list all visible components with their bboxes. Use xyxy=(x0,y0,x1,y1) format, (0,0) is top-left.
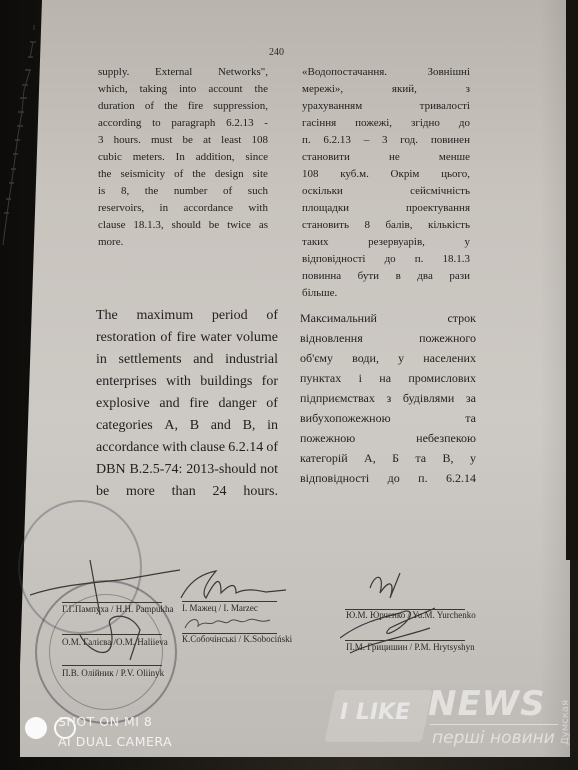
text-line: мережі»,який,з xyxy=(302,81,470,98)
signature-line xyxy=(62,602,162,603)
ukrainian-paragraph-top: «Водопостачання.Зовнішнімережі»,який,зур… xyxy=(302,64,470,302)
text-line: be more than 24 hours. xyxy=(96,481,278,503)
camera-dot-icon xyxy=(25,717,47,739)
text-line: categoriesA,BandB,in xyxy=(96,415,278,437)
text-line: is8,thenumberofsuch xyxy=(98,183,268,200)
page-binding-marks xyxy=(0,0,40,300)
source-watermark: Думская xyxy=(560,700,571,745)
camera-watermark-line2: AI DUAL CAMERA xyxy=(58,732,172,752)
text-line: становитинеменше xyxy=(302,149,470,166)
text-line: accordingtoparagraph6.2.13- xyxy=(98,115,268,132)
signature-marzec xyxy=(176,568,286,608)
signatory-name: I. Мажец / I. Marzec xyxy=(182,603,258,613)
text-line: відповідностідоп.18.1.3 xyxy=(302,251,470,268)
text-line: об'ємуводи,унаселених xyxy=(300,348,476,368)
page-number: 240 xyxy=(269,47,284,58)
text-line: insettlementsandindustrial xyxy=(96,349,278,371)
text-line: 3hours.mustbeatleast108 xyxy=(98,132,268,149)
text-line: відновленняпожежного xyxy=(300,328,476,348)
text-line: clause18.1.3,shouldbetwiceas xyxy=(98,217,268,234)
text-line: more. xyxy=(98,234,268,251)
text-line: enterpriseswithbuildingsfor xyxy=(96,371,278,393)
text-line: пожежноюнебезпекою xyxy=(300,428,476,448)
signature-pampukha xyxy=(30,555,190,675)
text-line: повиннабутивдварази xyxy=(302,268,470,285)
signature-sobocinski xyxy=(180,612,280,634)
ukrainian-paragraph-bottom: Максимальнийстроквідновленняпожежногооб'… xyxy=(300,308,476,488)
text-line: пунктахінапромислових xyxy=(300,368,476,388)
text-line: durationofthefiresuppression, xyxy=(98,98,268,115)
text-line: reservoirs,inaccordancewith xyxy=(98,200,268,217)
english-paragraph-top: supply.ExternalNetworks",which,takingint… xyxy=(98,64,268,251)
text-line: supply.ExternalNetworks", xyxy=(98,64,268,81)
text-line: підприємствахзбудівлямиза xyxy=(300,388,476,408)
text-line: відповідності до п. 6.2.14 xyxy=(300,468,476,488)
text-line: вибухопожежноюта xyxy=(300,408,476,428)
english-paragraph-bottom: Themaximumperiodofrestorationoffirewater… xyxy=(96,305,278,503)
text-line: урахуваннямтривалості xyxy=(302,98,470,115)
signature-line xyxy=(345,640,465,641)
text-line: explosiveandfiredangerof xyxy=(96,393,278,415)
text-line: гасінняпожежі,згіднодо xyxy=(302,115,470,132)
news-logo-subtitle: перші новини xyxy=(432,728,555,748)
text-line: Максимальнийстрок xyxy=(300,308,476,328)
text-line: accordancewithclause6.2.14of xyxy=(96,437,278,459)
text-line: Themaximumperiodof xyxy=(96,305,278,327)
background-edge xyxy=(566,0,578,560)
text-line: становить8балів,кількість xyxy=(302,217,470,234)
camera-watermark: SHOT ON MI 8 AI DUAL CAMERA xyxy=(58,712,172,752)
text-line: restorationoffirewatervolume xyxy=(96,327,278,349)
signatory-name: К.Собочінські / K.Sobociński xyxy=(182,634,292,644)
text-line: такихрезервуарів,у xyxy=(302,234,470,251)
text-line: 108куб.м.Окрімцього, xyxy=(302,166,470,183)
text-line: п.6.2.13–3год.повинен xyxy=(302,132,470,149)
text-line: which,takingintoaccountthe xyxy=(98,81,268,98)
signature-line xyxy=(62,665,162,666)
signatory-name: П.В. Олійник / P.V. Olіinyk xyxy=(62,668,164,678)
text-line: більше. xyxy=(302,285,470,302)
news-logo-rule xyxy=(430,724,558,725)
signature-line xyxy=(182,601,277,602)
signature-line xyxy=(62,634,162,635)
signatory-name: Г.Г.Пампуха / H.H. Pampukha xyxy=(62,604,174,614)
signatory-name: О.М. Галієва /О.М. Halіieva xyxy=(62,637,168,647)
news-logo-text: NEWS xyxy=(428,684,546,724)
text-line: theseismicityofthedesignsite xyxy=(98,166,268,183)
camera-watermark-line1: SHOT ON MI 8 xyxy=(58,712,172,732)
text-line: cubicmeters.Inaddition,since xyxy=(98,149,268,166)
text-line: категорійА,БтаВ,у xyxy=(300,448,476,468)
text-line: «Водопостачання.Зовнішні xyxy=(302,64,470,81)
text-line: оскількисейсмічність xyxy=(302,183,470,200)
text-line: площадкипроектування xyxy=(302,200,470,217)
signatory-name: П.М. Грицишин / P.M. Hrytsyshyn xyxy=(346,642,475,652)
signatory-name: Ю.М. Юрченко / Yu.M. Yurchenko xyxy=(346,610,476,620)
ilike-logo-text: I LIKE xyxy=(340,700,410,725)
text-line: DBNB.2.5-74:2013-shouldnot xyxy=(96,459,278,481)
